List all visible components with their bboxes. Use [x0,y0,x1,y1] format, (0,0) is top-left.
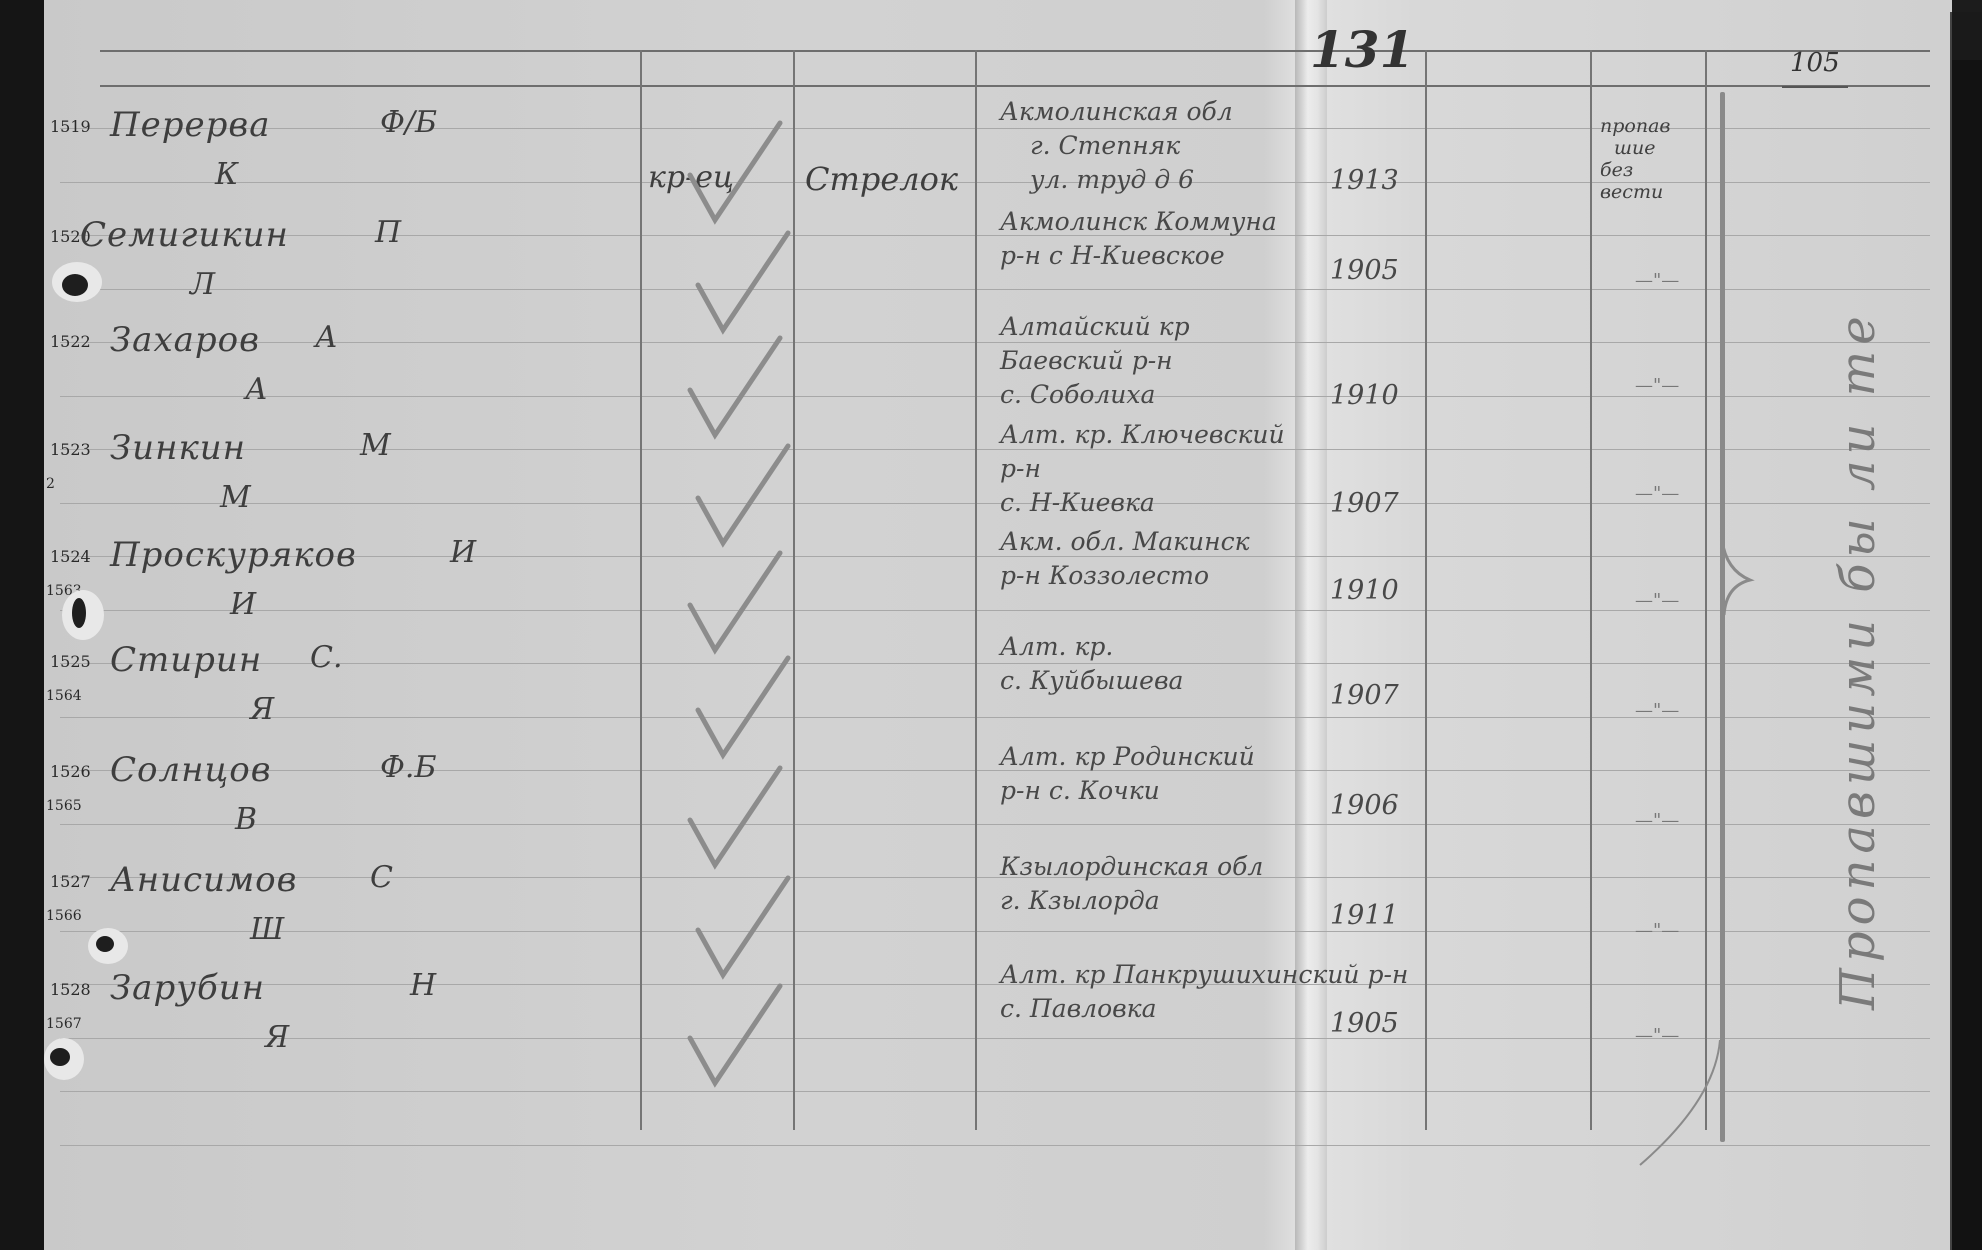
initial-patronymic: Я [250,692,274,727]
punch-hole [96,936,114,952]
column-rule [1590,50,1592,1130]
initial-first: А [315,320,338,355]
address-line: Алт. кр. [1000,632,1113,661]
initial-first: С [370,860,393,895]
initial-patronymic: Ш [250,912,284,947]
row-subindex: 2 [46,476,55,492]
paper-fold [1295,0,1327,1250]
row-index: 1524 [50,547,91,566]
row-subindex: 1565 [46,798,82,814]
status-line: вести [1600,181,1670,203]
initial-patronymic: М [220,480,251,515]
surname: Анисимов [110,860,297,900]
initial-patronymic: А [245,372,268,407]
ruled-line [60,396,1930,397]
row-subindex: 1566 [46,908,82,924]
scan-right-edge [1950,60,1982,1250]
initial-first: М [360,428,391,463]
ruled-line [60,235,1930,236]
initial-first: Ф.Б [380,750,436,785]
row-index: 1527 [50,872,91,891]
verification-check-icon [688,438,798,558]
verification-check-icon [688,225,798,345]
missing-ditto: —"— [1635,920,1679,941]
address-line: с. Н-Киевка [1000,488,1155,517]
birth-year: 1910 [1330,575,1399,606]
status-line: без [1600,159,1670,181]
verification-check-icon [688,870,798,990]
bracket-point-icon [1700,520,1760,620]
missing-ditto: —"— [1635,590,1679,611]
birth-year: 1911 [1330,900,1399,931]
punch-hole [62,274,88,296]
initial-patronymic: И [230,587,256,622]
surname: Солнцов [110,750,272,790]
surname: Семигикин [80,215,289,255]
row-index: 1526 [50,762,91,781]
address-line: с. Куйбышева [1000,666,1183,695]
address-line: Алтайский кр [1000,312,1190,341]
verification-check-icon [680,978,790,1098]
birth-year: 1906 [1330,790,1399,821]
address-line: с. Павловка [1000,994,1157,1023]
ruled-line [60,449,1930,450]
address-line: р-н Коззолесто [1000,561,1209,590]
row-index: 1523 [50,440,91,459]
missing-ditto: —"— [1635,810,1679,831]
row-index: 1528 [50,980,91,999]
verification-check-icon [680,545,790,665]
header-rule [100,50,1930,52]
address-line: Алт. кр. Ключевский [1000,420,1285,449]
ruled-line [60,770,1930,771]
verification-check-icon [680,760,790,880]
ruled-line [60,984,1930,985]
position-cell: Стрелок [805,160,958,198]
birth-year: 1905 [1330,255,1399,286]
missing-ditto: —"— [1635,700,1679,721]
row-index: 1525 [50,652,91,671]
rotated-note: Пропавшими бы ли те [1830,310,1886,1010]
surname: Зинкин [110,428,246,468]
initial-first: Ф/Б [380,105,437,140]
address-line: Алт. кр Панкрушихинский р-н [1000,960,1408,989]
initial-first: И [450,535,476,570]
row-index: 1522 [50,332,91,351]
address-line: г. Степняк [1030,131,1180,160]
birth-year: 1907 [1330,488,1399,519]
ruled-line [60,877,1930,878]
row-index: 1519 [50,117,91,136]
address-line: Акмолинская обл [1000,97,1233,126]
verification-check-icon [688,650,798,770]
bracket-tail-icon [1620,1040,1740,1170]
birth-year: 1913 [1330,165,1399,196]
punch-hole [72,598,86,628]
column-rule [640,50,642,1130]
missing-ditto: —"— [1635,483,1679,504]
address-line: р-н с Н-Киевское [1000,241,1225,270]
missing-ditto: —"— [1635,375,1679,396]
column-rule [1425,50,1427,1130]
status-line: пропав [1600,115,1670,137]
folio-underline [1782,86,1848,88]
verification-check-icon [680,115,790,235]
birth-year: 1910 [1330,380,1399,411]
verification-check-icon [680,330,790,450]
column-rule [975,50,977,1130]
address-line: ул. труд д 6 [1030,165,1194,194]
initial-first: С. [310,640,343,675]
initial-first: П [375,215,401,250]
surname: Зарубин [110,968,265,1008]
page-number: 131 [1310,20,1414,79]
missing-status-header: пропав шие без вести [1600,115,1670,203]
row-subindex: 1567 [46,1016,82,1032]
status-line: шие [1600,137,1670,159]
surname: Захаров [110,320,260,360]
page-edge-rule [1950,12,1952,1250]
birth-year: 1907 [1330,680,1399,711]
address-line: Акм. обл. Макинск [1000,527,1250,556]
surname: Проскуряков [110,535,357,575]
missing-ditto: —"— [1635,270,1679,291]
initial-first: Н [410,968,436,1003]
initial-patronymic: В [235,802,257,837]
initial-patronymic: Л [190,267,215,302]
address-line: Алт. кр Родинский [1000,742,1255,771]
surname: Перерва [110,105,270,145]
address-line: Акмолинск Коммуна [1000,207,1277,236]
address-line: г. Кзылорда [1000,886,1160,915]
address-line: Кзылординская обл [1000,852,1263,881]
address-line: Баевский р-н [1000,346,1173,375]
address-line: р-н [1000,454,1041,483]
address-line: с. Соболиха [1000,380,1155,409]
birth-year: 1905 [1330,1008,1399,1039]
header-rule [100,85,1930,87]
address-line: р-н с. Кочки [1000,776,1160,805]
punch-hole [50,1048,70,1066]
row-subindex: 1564 [46,688,82,704]
binding-edge [0,0,44,1250]
surname: Стирин [110,640,262,680]
initial-patronymic: К [215,157,238,192]
ruled-line [60,342,1930,343]
folio-number: 105 [1790,48,1840,78]
initial-patronymic: Я [265,1020,289,1055]
